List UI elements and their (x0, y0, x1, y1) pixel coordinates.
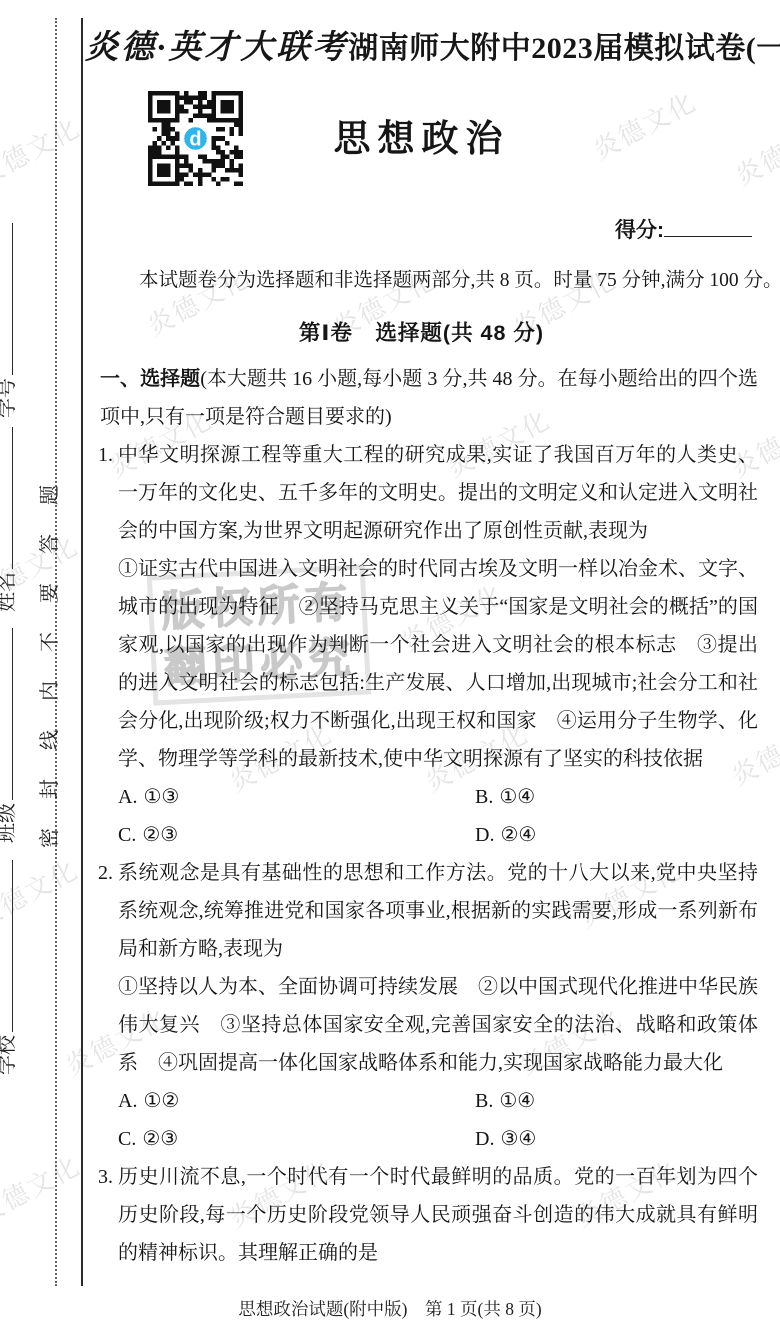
margin-field-student-number: 学号 (0, 213, 16, 418)
field-label: 姓名 (0, 572, 18, 612)
question-stem: 历史川流不息,一个时代有一个时代最鲜明的品质。党的一百年划为四个历史阶段,每一个… (118, 1158, 758, 1272)
part-heading-bold: 一、选择题 (100, 368, 200, 390)
field-label: 学校 (0, 1035, 18, 1075)
exam-page: 炎德文化 炎德文化 炎德文化 炎德文化 炎德文化 炎德文化 炎德文化 炎德文化 … (0, 0, 780, 1341)
option-b: B.①④ (475, 1082, 758, 1120)
question-stem: 中华文明探源工程等重大工程的研究成果,实证了我国百万年的人类史、一万年的文化史、… (118, 436, 758, 550)
option-label: B. (475, 1090, 493, 1112)
title-row: d 思想政治 (85, 89, 758, 189)
part-heading: 一、选择题(本大题共 16 小题,每小题 3 分,共 48 分。在每小题给出的四… (100, 360, 758, 436)
exam-content: 炎德·英才大联考湖南师大附中2023届模拟试卷(一) d 思想政治 得分: 本试… (85, 22, 758, 1272)
question-items: ①证实古代中国进入文明社会的时代同古埃及文明一样以冶金术、文字、城市的出现为特征… (118, 550, 758, 778)
option-text: ③④ (500, 1128, 536, 1150)
option-d: D.③④ (475, 1120, 758, 1158)
page-footer: 思想政治试题(附中版) 第 1 页(共 8 页) (0, 1296, 780, 1321)
exam-intro: 本试题卷分为选择题和非选择题两部分,共 8 页。时量 75 分钟,满分 100 … (100, 262, 758, 300)
option-d: D.②④ (475, 816, 758, 854)
questions: 1. 中华文明探源工程等重大工程的研究成果,实证了我国百万年的人类史、一万年的文… (85, 436, 758, 1272)
option-label: D. (475, 824, 494, 846)
option-label: C. (118, 1128, 136, 1150)
option-label: A. (118, 1090, 137, 1112)
field-blank-line (7, 860, 13, 1032)
section-title: 第Ⅰ卷 选择题(共 48 分) (85, 314, 758, 352)
margin-field-school: 学校 (0, 850, 16, 1075)
watermark: 炎德文化 (0, 108, 86, 193)
option-text: ①③ (143, 786, 179, 808)
field-label: 班级 (0, 803, 18, 843)
option-text: ①④ (499, 1090, 535, 1112)
exam-header: 炎德·英才大联考湖南师大附中2023届模拟试卷(一) (85, 22, 758, 75)
field-label: 学号 (0, 378, 18, 418)
score-row: 得分: (85, 215, 758, 246)
option-c: C.②③ (118, 816, 475, 854)
option-text: ②③ (142, 1128, 178, 1150)
question-options: A.①② B.①④ C.②③ D.③④ (118, 1082, 758, 1158)
question-options: A.①③ B.①④ C.②③ D.②④ (118, 778, 758, 854)
margin-field-class: 班级 (0, 618, 16, 843)
question-number: 1. (98, 436, 113, 474)
subject-title: 思想政治 (334, 115, 510, 163)
margin-field-name: 姓名 (0, 417, 16, 612)
field-blank-line (7, 427, 13, 569)
option-a: A.①③ (118, 778, 475, 816)
question-1: 1. 中华文明探源工程等重大工程的研究成果,实证了我国百万年的人类史、一万年的文… (85, 436, 758, 854)
question-items: ①坚持以人为本、全面协调可持续发展 ②以中国式现代化推进中华民族伟大复兴 ③坚持… (118, 968, 758, 1082)
question-2: 2. 系统观念是具有基础性的思想和工作方法。党的十八大以来,党中央坚持系统观念,… (85, 854, 758, 1158)
question-3: 3. 历史川流不息,一个时代有一个时代最鲜明的品质。党的一百年划为四个历史阶段,… (85, 1158, 758, 1272)
option-text: ②③ (142, 824, 178, 846)
field-blank-line (7, 223, 13, 375)
option-text: ①④ (499, 786, 535, 808)
header-exam-name: 湖南师大附中2023届模拟试卷(一) (348, 32, 780, 65)
watermark: 炎德文化 (0, 1146, 86, 1231)
question-number: 3. (98, 1158, 113, 1196)
header-brand: 炎德·英才大联考 (85, 30, 348, 66)
option-b: B.①④ (475, 778, 758, 816)
qr-code: d (148, 91, 243, 186)
svg-text:d: d (189, 128, 201, 150)
option-text: ②④ (500, 824, 536, 846)
question-stem: 系统观念是具有基础性的思想和工作方法。党的十八大以来,党中央坚持系统观念,统筹推… (118, 854, 758, 968)
option-label: D. (475, 1128, 494, 1150)
option-label: A. (118, 786, 137, 808)
option-c: C.②③ (118, 1120, 475, 1158)
question-number: 2. (98, 854, 113, 892)
score-label: 得分: (615, 219, 664, 242)
option-label: B. (475, 786, 493, 808)
seal-solid-line (81, 18, 83, 1286)
score-blank-line (664, 230, 752, 237)
option-text: ①② (143, 1090, 179, 1112)
option-label: C. (118, 824, 136, 846)
seal-instruction: 密封线内不要答题 (33, 438, 59, 848)
option-a: A.①② (118, 1082, 475, 1120)
field-blank-line (7, 628, 13, 800)
